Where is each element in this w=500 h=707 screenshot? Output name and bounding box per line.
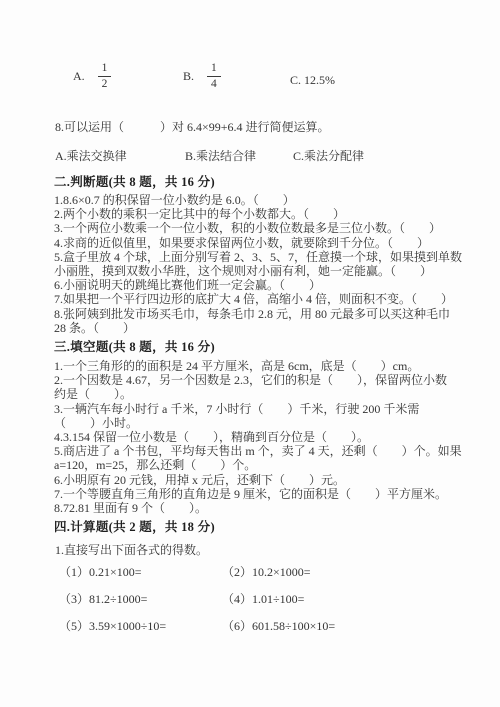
exam-page: A. 1 2 B. 1 4 C. 12.5% 8.可以运用（ ）对 6.4×99… xyxy=(0,0,500,707)
question-8-text: 8.可以运用（ ）对 6.4×99+6.4 进行简便运算。 xyxy=(55,120,330,134)
question-8-option-a: A.乘法交换律 xyxy=(55,147,127,164)
exam-line: 28 条。（ ） xyxy=(54,321,462,335)
exam-line: 3.一辆汽车每小时行 a 千米，7 小时行（ ）千米，行驶 200 千米需 xyxy=(54,402,462,416)
question-8-options: A.乘法交换律 B.乘法结合律 C.乘法分配律 xyxy=(0,147,500,161)
section-2-title: 二.判断题(共 8 题，共 16 分) xyxy=(54,172,215,190)
exam-line: 小丽胜，摸到双数小华胜，这个规则对小丽有利，她一定能赢。（ ） xyxy=(54,264,462,278)
exam-line: 5.盒子里放 4 个球，上面分别写着 2、3、5、7，任意摸一个球，如果摸到单数 xyxy=(54,250,462,264)
exam-line: （ ）小时。 xyxy=(54,416,462,430)
exam-line: 2.两个小数的乘积一定比其中的每个小数都大。（ ） xyxy=(54,207,462,221)
exam-line: 7.如果把一个平行四边形的底扩大 4 倍，高缩小 4 倍，则面积不变。（ ） xyxy=(54,292,462,306)
choice-option-a: A. 1 2 xyxy=(73,62,111,90)
exam-line: 6.小丽说明天的跳绳比赛他们班一定会赢。（ ） xyxy=(54,278,462,292)
choice-label: B. xyxy=(183,69,194,84)
exam-line: a=120，m=25，那么还剩（ ）个。 xyxy=(54,458,462,472)
exam-line: 1.一个三角形的的面积是 24 平方厘米，高是 6cm，底是（ ）cm。 xyxy=(54,359,462,373)
exam-line: 4.3.154 保留一位小数是（ ），精确到百分位是（ ）。 xyxy=(54,430,462,444)
section-2-lines: 1.8.6×0.7 的积保留一位小数约是 6.0。（ ）2.两个小数的乘积一定比… xyxy=(54,193,462,335)
fraction-one-quarter: 1 4 xyxy=(207,62,221,90)
exam-line: 7.一个等腰直角三角形的直角边是 9 厘米，它的面积是（ ）平方厘米。 xyxy=(54,487,462,501)
calc-problem: （3）81.2÷1000= xyxy=(59,592,222,606)
calc-problem: （2）10.2×1000= xyxy=(222,565,459,579)
calc-problem: （6）601.58÷100×10= xyxy=(222,619,459,633)
exam-line: 4.求商的近似值里，如果要求保留两位小数，就要除到千分位。（ ） xyxy=(54,236,462,250)
section-4-problems: （1）0.21×100=（2）10.2×1000=（3）81.2÷1000=（4… xyxy=(59,565,459,633)
choice-label: A. xyxy=(73,69,85,84)
section-3-lines: 1.一个三角形的的面积是 24 平方厘米，高是 6cm，底是（ ）cm。2.一个… xyxy=(54,359,462,515)
exam-line: 3.一个两位小数乘一个一位小数，积的小数位数最多是三位小数。（ ） xyxy=(54,221,462,235)
exam-line: 1.8.6×0.7 的积保留一位小数约是 6.0。（ ） xyxy=(54,193,462,207)
calc-problem: （5）3.59×1000÷10= xyxy=(59,619,222,633)
calc-problem: （4）1.01÷100= xyxy=(222,592,459,606)
exam-line: 6.小明原有 20 元钱，用掉 x 元后，还剩下（ ）元。 xyxy=(54,473,462,487)
exam-line: 8.72.81 里面有 9 个（ ）。 xyxy=(54,501,462,515)
exam-line: 约是（ ）。 xyxy=(54,387,462,401)
section-4-intro: 1.直接写出下面各式的得数。 xyxy=(55,543,208,557)
choice-option-b: B. 1 4 xyxy=(183,62,221,90)
question-8-option-c: C.乘法分配律 xyxy=(293,147,364,164)
exam-line: 2.一个因数是 4.67，另一个因数是 2.3，它们的积是（ ），保留两位小数 xyxy=(54,373,462,387)
section-3-title: 三.填空题(共 8 题，共 16 分) xyxy=(54,337,215,355)
section-4-title: 四.计算题(共 2 题，共 18 分) xyxy=(54,517,215,535)
exam-line: 5.商店进了 a 个书包，平均每天售出 m 个，卖了 4 天，还剩（ ）个。如果 xyxy=(54,444,462,458)
exam-line: 8.张阿姨到批发市场买毛巾，每条毛巾 2.8 元，用 80 元最多可以买这种毛巾 xyxy=(54,307,462,321)
fraction-one-half: 1 2 xyxy=(98,62,112,90)
question-8-option-b: B.乘法结合律 xyxy=(185,147,256,164)
choice-option-c: C. 12.5% xyxy=(290,73,335,87)
calc-problem: （1）0.21×100= xyxy=(59,565,222,579)
